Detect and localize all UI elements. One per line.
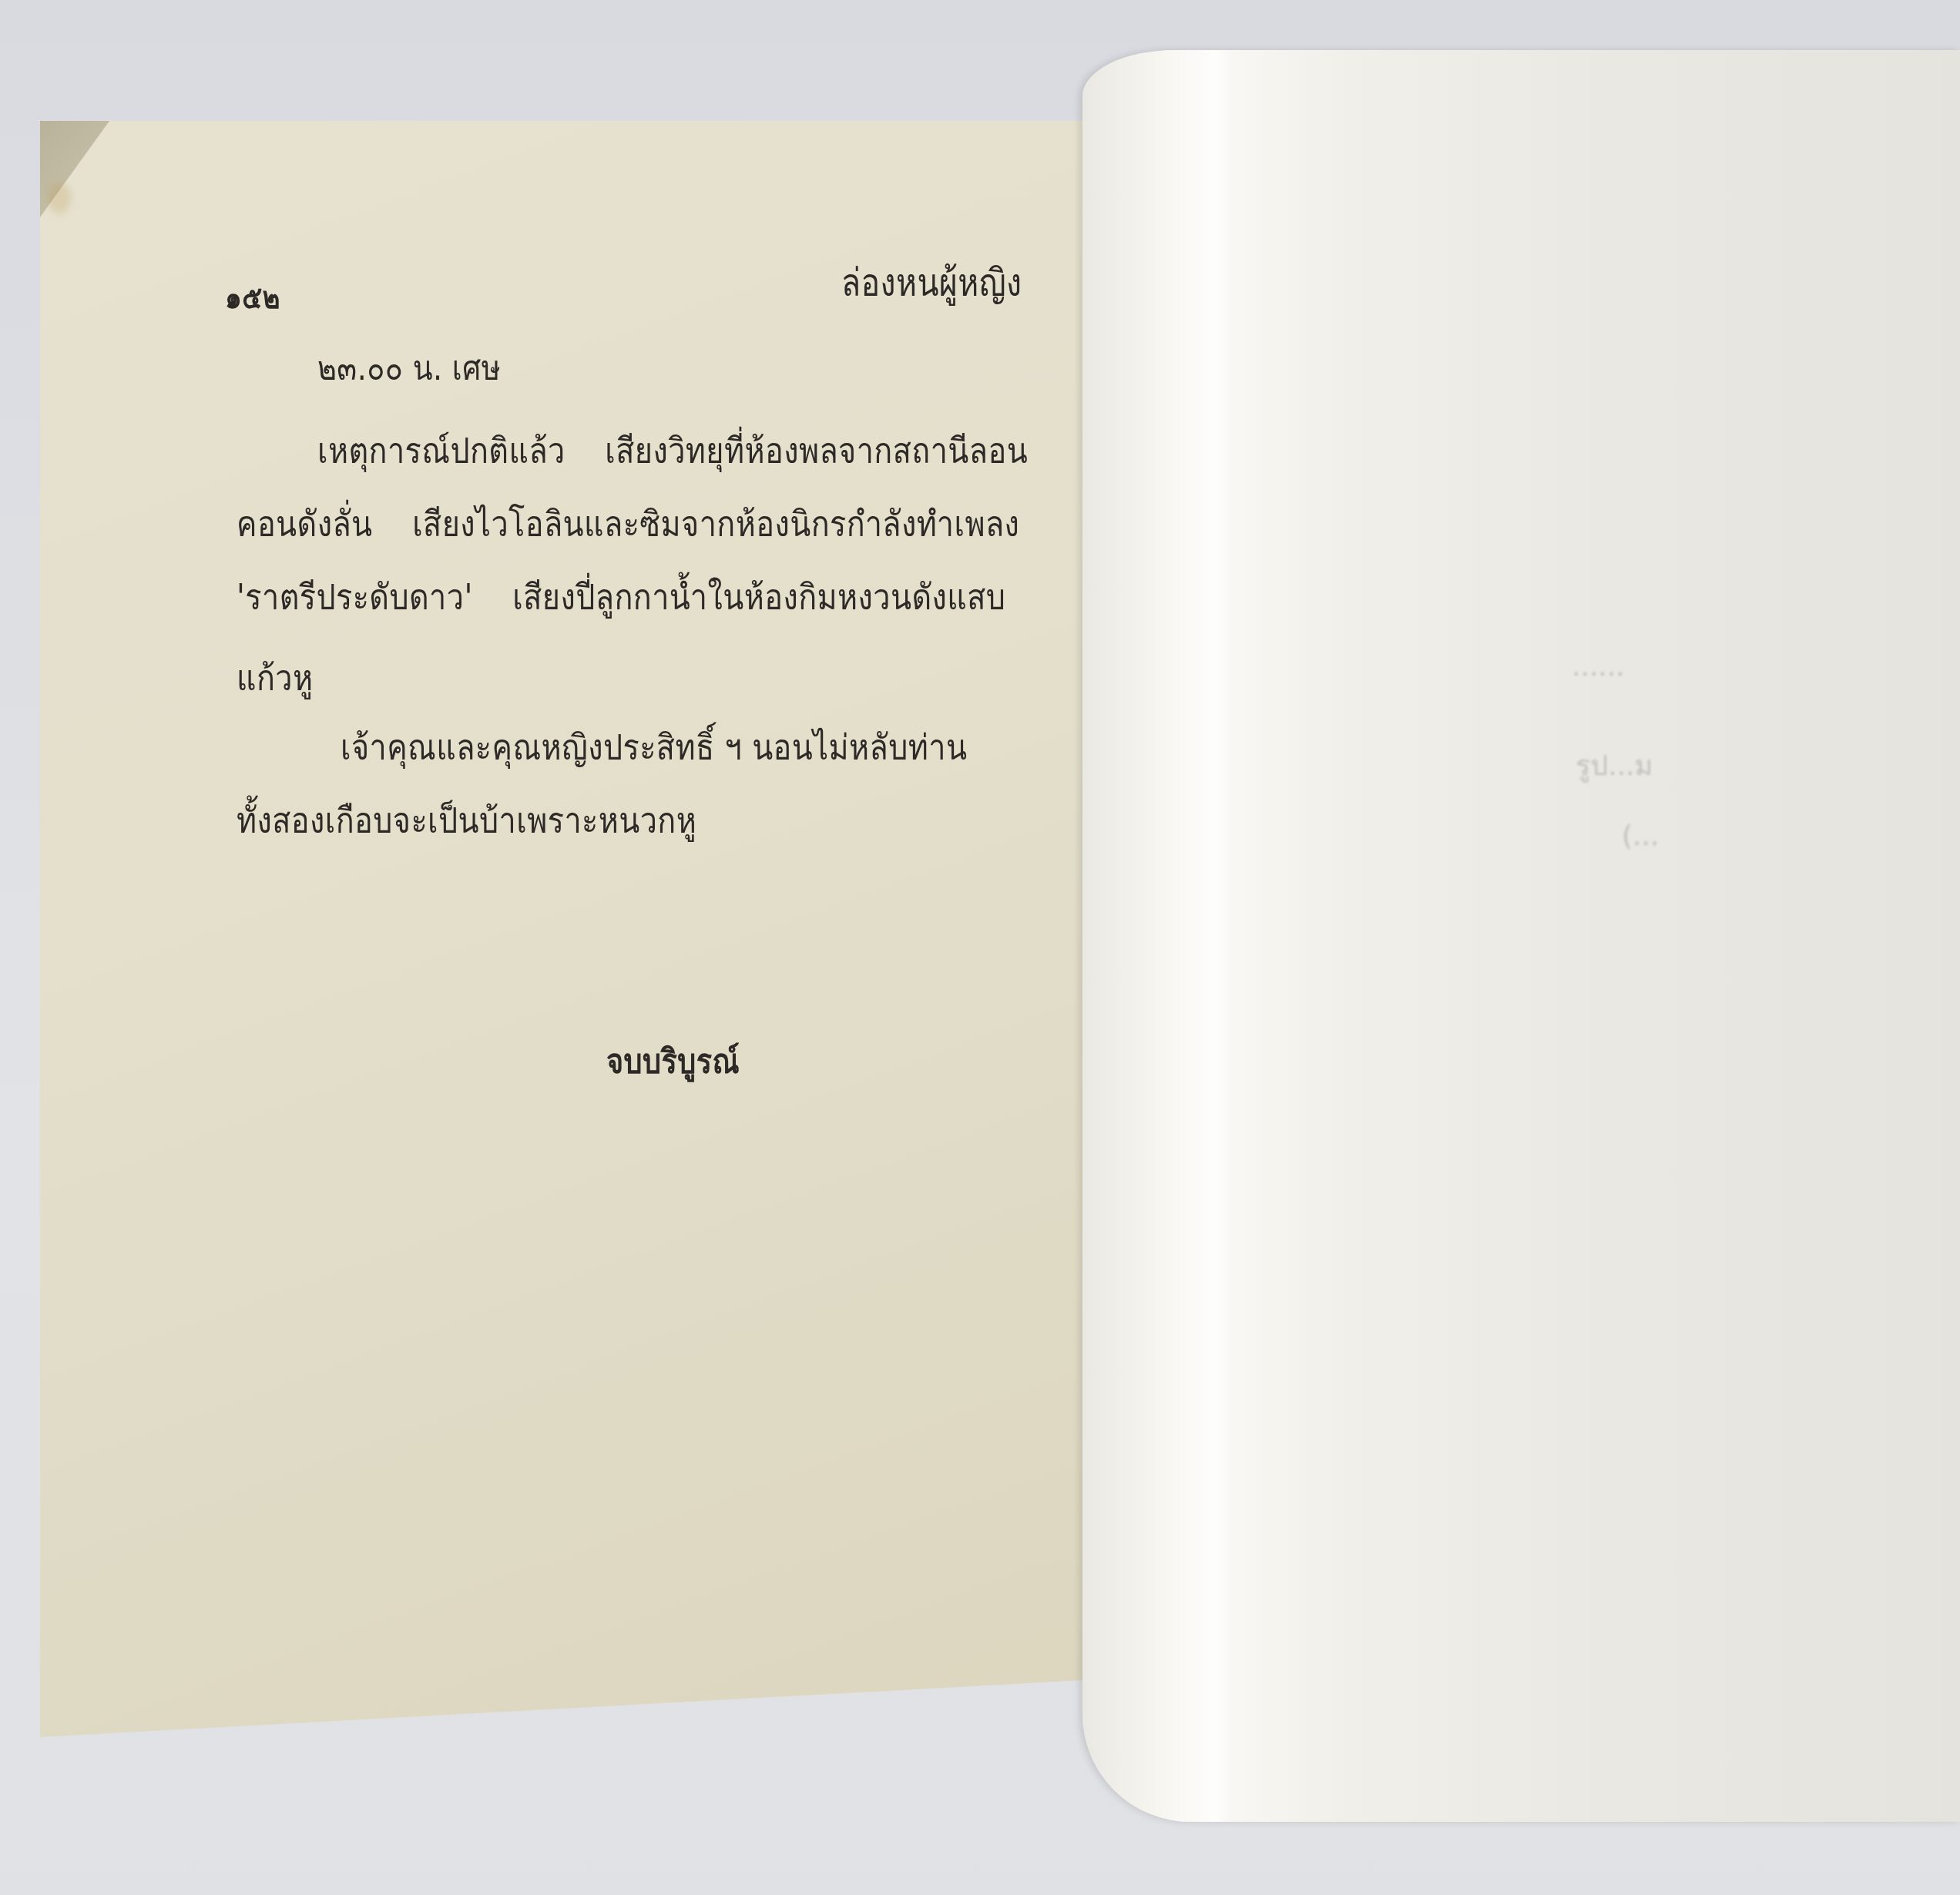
line-segment: ทั้งสองเกือบจะเป็นบ้าเพราะหนวกหู [237,800,696,841]
line-segment: 'ราตรีประดับดาว' [237,576,473,618]
paper-stain [48,183,71,213]
bleed-through-text: (... [1622,820,1659,852]
the-end-label: จบบริบูรณ์ [606,1045,740,1079]
line-segment: แก้วหู [237,657,313,699]
body-line: ทั้งสองเกือบจะเป็นบ้าเพราะหนวกหู [237,803,696,838]
running-title: ล่องหนผู้หญิง [841,263,1022,302]
line-segment: เสียงวิทยุที่ห้องพลจากสถานีลอน [605,430,1028,471]
time-heading: ๒๓.๐๐ น. เศษ [317,352,501,386]
page-gloss [1194,50,1233,1822]
body-line: คอนดังลั่นเสียงไวโอลินและซิมจากห้องนิกรก… [237,506,1019,542]
body-line: 'ราตรีประดับดาว'เสียงปี่ลูกกาน้ำในห้องกิ… [237,579,1005,615]
line-segment: เสียงไวโอลินและซิมจากห้องนิกรกำลังทำเพลง [412,503,1019,545]
left-page: ๑๕๒ ล่องหนผู้หญิง ๒๓.๐๐ น. เศษ เหตุการณ์… [40,121,1106,1737]
right-page: ...... รูป...ม (... [1082,50,1960,1822]
body-line: เจ้าคุณและคุณหญิงประสิทธิ์ ฯ นอนไม่หลับท… [341,729,967,765]
line-segment: เหตุการณ์ปกติแล้ว [317,430,566,471]
body-line: เหตุการณ์ปกติแล้วเสียงวิทยุที่ห้องพลจากส… [317,433,1028,468]
bleed-through-text: รูป...ม [1576,743,1653,787]
line-segment: เสียงปี่ลูกกาน้ำในห้องกิมหงวนดังแสบ [512,576,1005,618]
page-number: ๑๕๒ [225,283,280,314]
line-segment: คอนดังลั่น [237,503,373,545]
line-segment: เจ้าคุณและคุณหญิงประสิทธิ์ ฯ นอนไม่หลับท… [341,726,967,768]
body-line: แก้วหู [237,660,313,696]
bleed-through-text: ...... [1572,651,1625,683]
